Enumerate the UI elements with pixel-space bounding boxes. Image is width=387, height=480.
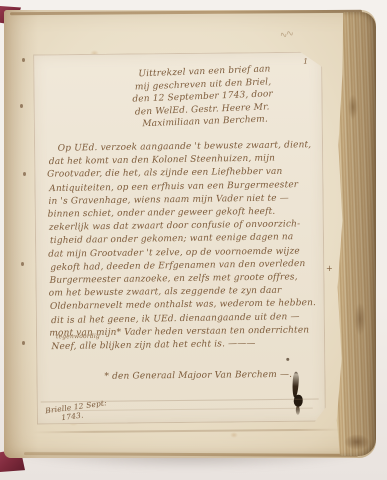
letter-heading: Uittrekzel van een brief aan mij geschre… xyxy=(138,63,274,131)
page-number: 1 xyxy=(303,57,308,66)
page-gutter-shadow xyxy=(4,10,38,458)
binding-stitch xyxy=(22,58,25,62)
cross-mark: + xyxy=(326,264,333,273)
binding-stitch xyxy=(23,172,26,176)
fore-edge-stain xyxy=(348,94,358,120)
fore-edge-stain xyxy=(354,302,366,336)
manuscript-photograph: ∿∿ + 1 Uittrekzel van een brief aan mij … xyxy=(0,0,387,480)
album-page: ∿∿ + 1 Uittrekzel van een brief aan mij … xyxy=(4,10,376,458)
page-top-edge xyxy=(10,10,362,15)
page-crease xyxy=(32,429,342,434)
page-bottom-edge xyxy=(24,452,358,457)
binding-stitch xyxy=(21,262,24,266)
binding-stitch xyxy=(20,104,23,108)
pencil-squiggle-mark: ∿∿ xyxy=(279,29,294,42)
letter-body: Op UEd. verzoek aangaande 't bewuste zwa… xyxy=(48,139,317,354)
ink-speck xyxy=(286,358,289,361)
ink-blot xyxy=(289,372,303,416)
pasted-letter-sheet: 1 Uittrekzel van een brief aan mij gesch… xyxy=(33,51,326,424)
fore-edge-stain xyxy=(344,434,370,450)
binding-stitch xyxy=(22,341,25,345)
footnote: * den Generaal Majoor Van Berchem —. xyxy=(104,370,292,382)
foxing-spot xyxy=(230,432,238,438)
book-fore-edge xyxy=(336,12,376,456)
sheet-fold-crease xyxy=(41,399,319,403)
interlinear-insertion: tegenwoordig xyxy=(56,333,100,340)
